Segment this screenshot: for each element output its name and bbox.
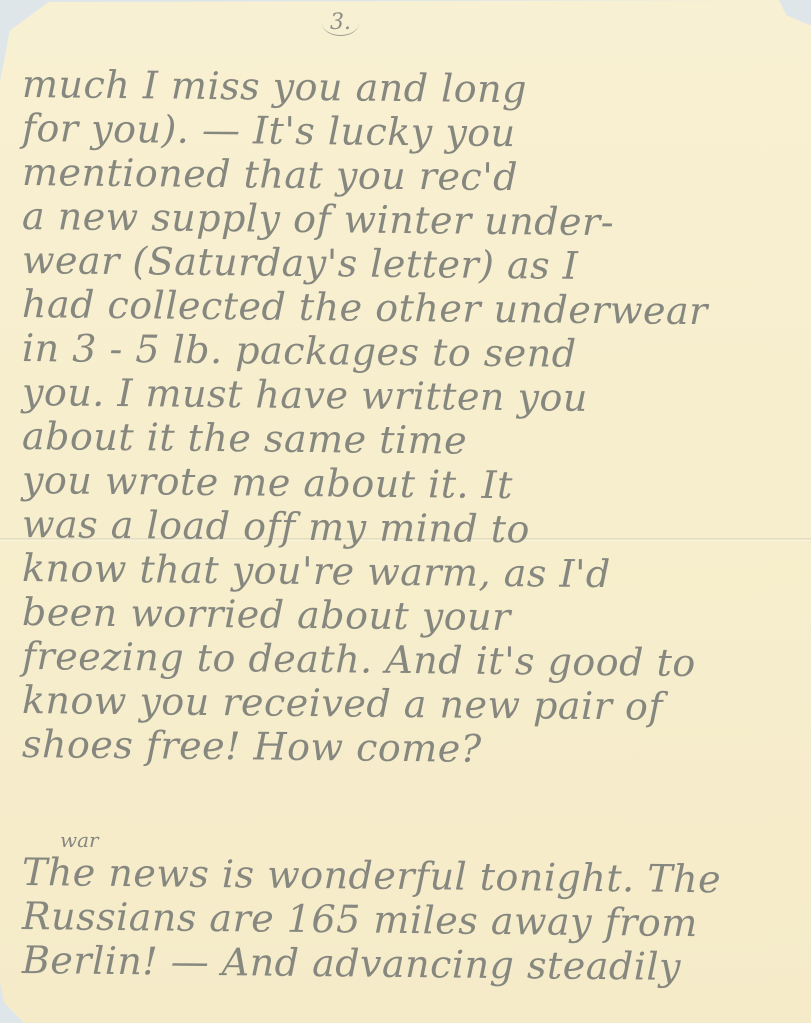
letter-body-paragraph-1: much I miss you and long for you). — It'…: [22, 62, 802, 766]
letter-body-paragraph-2: The news is wonderful tonight. The Russi…: [22, 850, 802, 982]
handwritten-line: shoes free! How come?: [22, 722, 802, 774]
handwritten-line: Berlin! — And advancing steadily: [22, 938, 802, 990]
inserted-word: war: [60, 828, 99, 852]
page-number: 3.: [322, 10, 359, 36]
